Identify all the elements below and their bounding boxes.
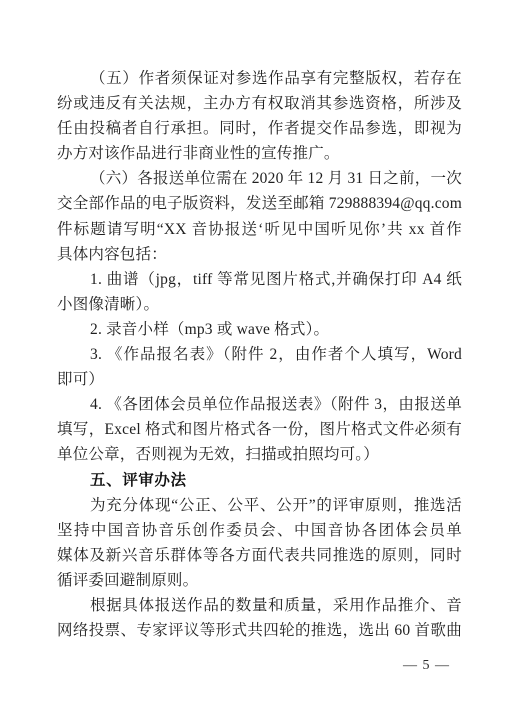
text-line: 小图像清晰）。 (57, 292, 462, 317)
text-line: 为充分体现“公正、公平、公开”的评审原则，推选活动将 (57, 493, 462, 518)
text-line: 具体内容包括： (57, 242, 462, 267)
text-line: （六）各报送单位需在 2020 年 12 月 31 日之前，一次性提 (57, 166, 462, 191)
text-line: 1. 曲谱（jpg，tiff 等常见图片格式,并确保打印 A4 纸大 (57, 267, 462, 292)
text-line: 2. 录音小样（mp3 或 wave 格式）。 (57, 317, 462, 342)
text-line: 交全部作品的电子版资料，发送至邮箱 729888394@qq.com（邮 (57, 191, 462, 216)
text-line: 单位公章，否则视为无效，扫描或拍照均可。） (57, 442, 462, 467)
text-line: 办方对该作品进行非商业性的宣传推广。 (57, 141, 462, 166)
text-line: （五）作者须保证对参选作品享有完整版权，若存在版权纠 (57, 66, 462, 91)
text-line: 循评委回避制原则。 (57, 568, 462, 593)
text-line: 3. 《作品报名表》（附件 2，由作者个人填写，Word 格式 (57, 342, 462, 367)
section-heading: 五、评审办法 (57, 468, 462, 493)
text-line: 任由投稿者自行承担。同时，作者提交作品参选，即视为授权主 (57, 116, 462, 141)
page-number: — 5 — (403, 656, 450, 676)
text-line: 填写，Excel 格式和图片格式各一份，图片格式文件必须有报送 (57, 417, 462, 442)
text-line: 件标题请写明“XX 音协报送‘听见中国听见你’共 xx 首作品”）， (57, 217, 462, 242)
document-body: （五）作者须保证对参选作品享有完整版权，若存在版权纠纷或违反有关法规，主办方有权… (57, 66, 462, 643)
text-line: 网络投票、专家评议等形式共四轮的推选，选出 60 首歌曲进入 (57, 618, 462, 643)
text-line: 即可） (57, 367, 462, 392)
text-line: 坚持中国音协音乐创作委员会、中国音协各团体会员单位，以及 (57, 518, 462, 543)
document-page: （五）作者须保证对参选作品享有完整版权，若存在版权纠纷或违反有关法规，主办方有权… (0, 0, 524, 702)
text-line: 媒体及新兴音乐群体等各方面代表共同推选的原则，同时严格遵 (57, 543, 462, 568)
text-line: 根据具体报送作品的数量和质量，采用作品推介、音频试听、 (57, 593, 462, 618)
text-line: 纷或违反有关法规，主办方有权取消其参选资格，所涉及法律责 (57, 91, 462, 116)
text-line: 4. 《各团体会员单位作品报送表》（附件 3，由报送单位 (57, 392, 462, 417)
